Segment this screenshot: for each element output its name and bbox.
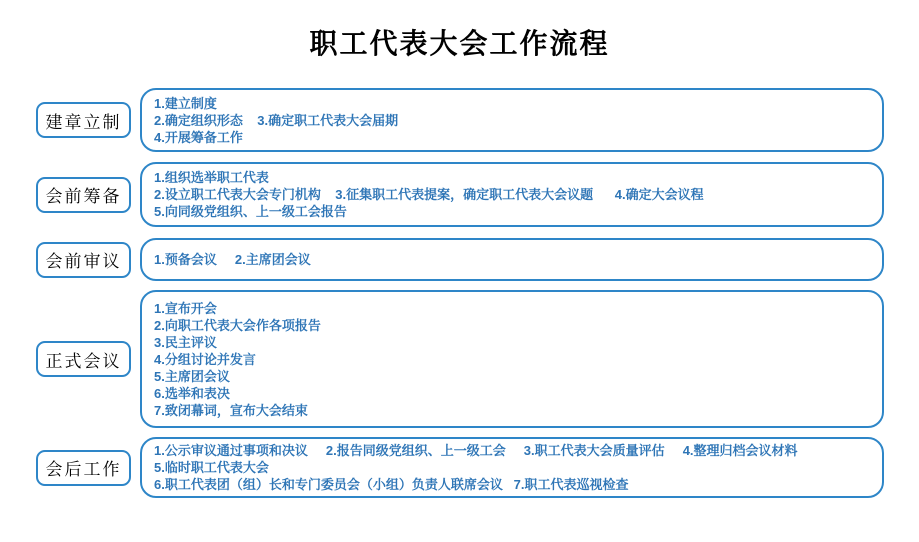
stage-content-line: 7.致闭幕词，宣布大会结束 [154,402,870,419]
stage-content-box: 1.预备会议 2.主席团会议 [140,238,884,281]
stage-content-line: 5.主席团会议 [154,368,870,385]
stage-content-line: 1.宣布开会 [154,300,870,317]
stage-content-box: 1.建立制度 2.确定组织形态 3.确定职工代表大会届期 4.开展筹备工作 [140,88,884,152]
stage-row-huihou-gongzuo: 会后工作 1.公示审议通过事项和决议 2.报告同级党组织、上一级工会 3.职工代… [36,437,884,498]
stage-content-line: 4.分组讨论并发言 [154,351,870,368]
stage-content-line: 1.预备会议 2.主席团会议 [154,251,870,268]
stage-label-box: 正式会议 [36,341,131,377]
stage-content-line: 5.临时职工代表大会 [154,459,870,476]
stage-row-huiqian-shenyi: 会前审议 1.预备会议 2.主席团会议 [36,238,884,281]
stage-content-box: 1.组织选举职工代表 2.设立职工代表大会专门机构 3.征集职工代表提案，确定职… [140,162,884,227]
stage-row-jianzhang-lizhi: 建章立制 1.建立制度 2.确定组织形态 3.确定职工代表大会届期 4.开展筹备… [36,88,884,152]
stage-content-line: 1.组织选举职工代表 [154,169,870,186]
stage-label-box: 会前审议 [36,242,131,278]
stage-label-box: 会前筹备 [36,177,131,213]
stage-content-line: 5.向同级党组织、上一级工会报告 [154,203,870,220]
stage-content-box: 1.公示审议通过事项和决议 2.报告同级党组织、上一级工会 3.职工代表大会质量… [140,437,884,498]
stage-content-line: 6.选举和表决 [154,385,870,402]
stage-content-line: 1.建立制度 [154,95,870,112]
stage-content-box: 1.宣布开会 2.向职工代表大会作各项报告 3.民主评议 4.分组讨论并发言 5… [140,290,884,428]
stage-content-line: 2.确定组织形态 3.确定职工代表大会届期 [154,112,870,129]
stage-content-line: 3.民主评议 [154,334,870,351]
stage-label-box: 会后工作 [36,450,131,486]
stage-content-line: 2.向职工代表大会作各项报告 [154,317,870,334]
stage-label-box: 建章立制 [36,102,131,138]
page-title: 职工代表大会工作流程 [0,22,919,62]
stage-content-line: 2.设立职工代表大会专门机构 3.征集职工代表提案，确定职工代表大会议题 4.确… [154,186,870,203]
stage-label: 会前筹备 [46,182,122,207]
stage-content-line: 6.职工代表团（组）长和专门委员会（小组）负责人联席会议 7.职工代表巡视检查 [154,476,870,493]
stage-content-line: 1.公示审议通过事项和决议 2.报告同级党组织、上一级工会 3.职工代表大会质量… [154,442,870,459]
stage-row-zhengshi-huiyi: 正式会议 1.宣布开会 2.向职工代表大会作各项报告 3.民主评议 4.分组讨论… [36,290,884,428]
stage-label: 建章立制 [46,108,122,133]
stage-label: 会后工作 [46,455,122,480]
stage-label: 正式会议 [46,347,122,372]
stage-row-huiqian-choubei: 会前筹备 1.组织选举职工代表 2.设立职工代表大会专门机构 3.征集职工代表提… [36,162,884,227]
stage-content-line: 4.开展筹备工作 [154,129,870,146]
stage-label: 会前审议 [46,247,122,272]
flowchart-page: 职工代表大会工作流程 建章立制 1.建立制度 2.确定组织形态 3.确定职工代表… [0,0,919,542]
